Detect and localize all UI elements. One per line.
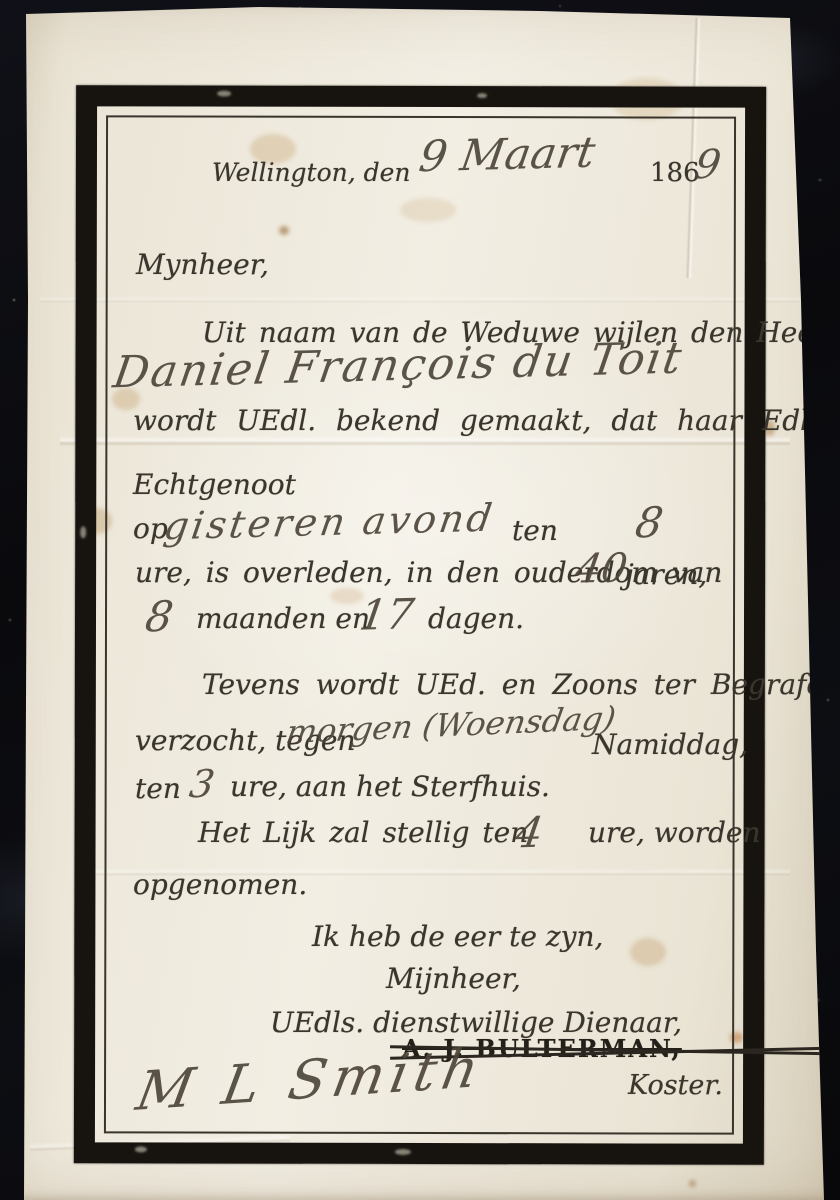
word-jaren: jaren, [625,558,707,591]
line-sterfhuis: ure, aan het Sterfhuis. [230,770,550,803]
closing-line2: Mijnheer, [386,962,521,995]
word-namiddag: Namiddag, [592,728,748,761]
word-ten2: ten [135,772,181,805]
word-ten: ten [512,514,558,547]
stain-spot [689,1180,696,1187]
line-opgenomen: opgenomen. [133,868,307,901]
photo-background: Wellington, den 9 Maart 186 9 Mynheer, U… [0,0,840,1200]
hw-days: 17 [356,589,417,639]
word-dagen: dagen. [428,602,524,635]
hw-when: gisteren avond [161,496,498,549]
dateline-date-handwritten: 9 Maart [416,128,598,183]
word-maanden: maanden en [196,602,370,635]
hw-years: 40 [572,545,630,592]
dateline-place: Wellington, den [212,158,411,187]
line-echtgenoot: Echtgenoot [133,468,296,501]
line-wordt: wordt UEdl. bekend gemaakt, dat haar Edl… [133,404,832,437]
koster-title: Koster. [628,1070,723,1101]
line-tevens: Tevens wordt UEd. en Zoons ter Begrafeni… [202,668,840,701]
line-het-lijk: Het Lijk zal stellig ten [198,816,528,849]
closing-line1: Ik heb de eer te zyn, [312,920,603,953]
salutation: Mynheer, [136,248,269,281]
line-ure-worden: ure, worden [588,816,761,849]
document-paper: Wellington, den 9 Maart 186 9 Mynheer, U… [0,0,840,1200]
